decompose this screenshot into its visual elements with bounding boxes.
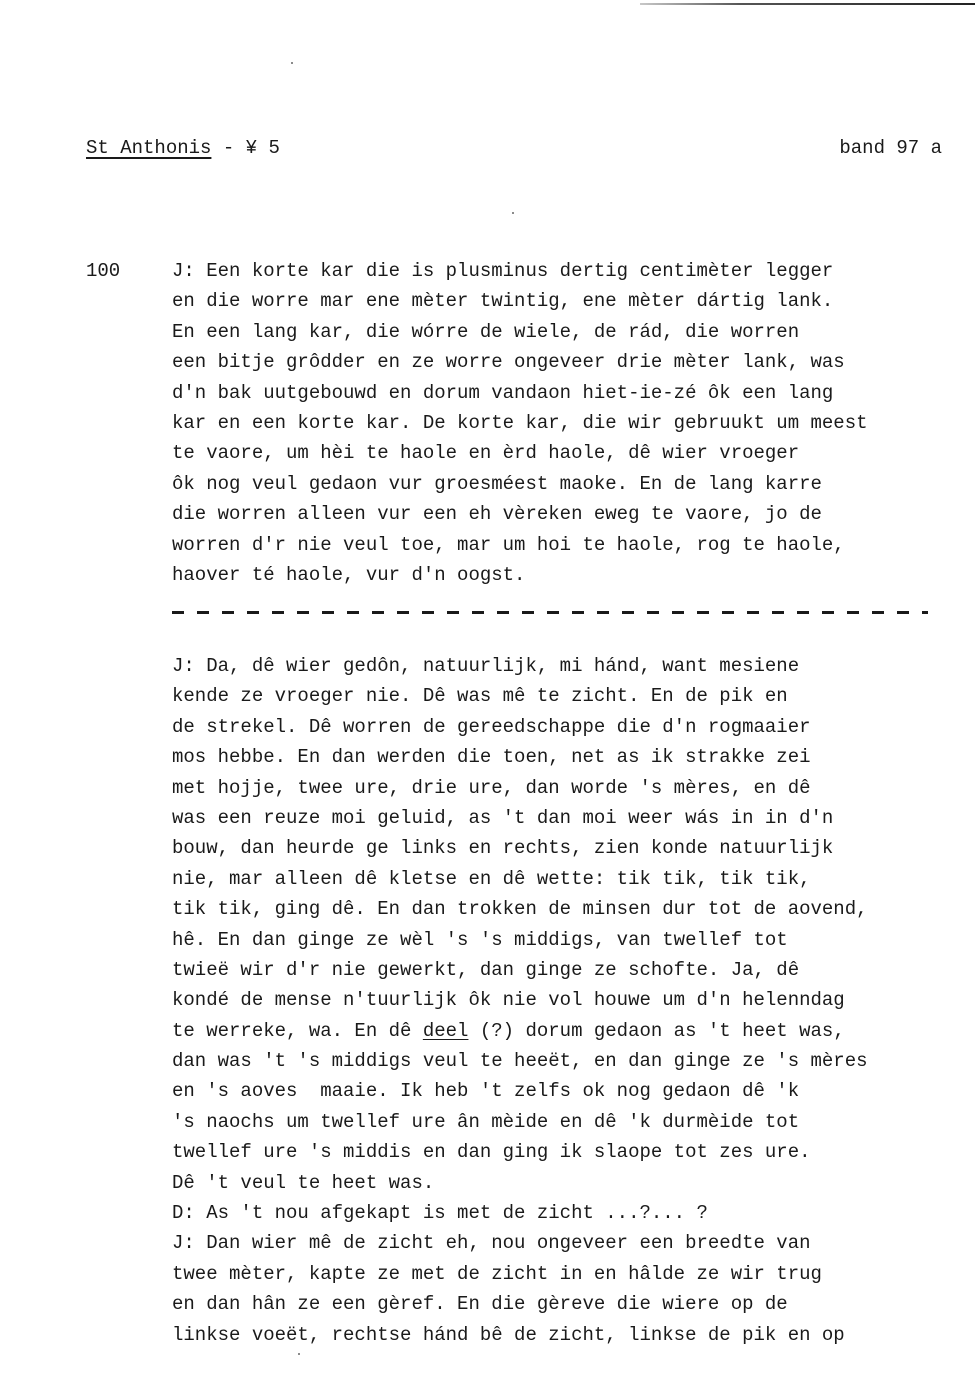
text-line: een bitje grôdder en ze worre ongeveer d… [172,347,952,377]
text-line: twellef ure 's middis en dan ging ik sla… [172,1137,952,1167]
text-line: en die worre mar ene mèter twintig, ene … [172,286,952,316]
text-line: d'n bak uutgebouwd en dorum vandaon hiet… [172,378,952,408]
header-separator: - [211,137,245,159]
text-line: kende ze vroeger nie. Dê was mê te zicht… [172,681,952,711]
text-line: tik tik, ging dê. En dan trokken de mins… [172,894,952,924]
text-line: linkse voeët, rechtse hánd bê de zicht, … [172,1320,952,1350]
text-line: 's naochs um twellef ure ân mèide en dê … [172,1107,952,1137]
text-line: en 's aoves maaie. Ik heb 't zelfs ok no… [172,1076,952,1106]
text-line: bouw, dan heurde ge links en rechts, zie… [172,833,952,863]
text-line: hê. En dan ginge ze wèl 's 's middigs, v… [172,925,952,955]
scan-speck [512,212,514,214]
text-line: dan was 't 's middigs veul te heeët, en … [172,1046,952,1076]
transcript-section-2: J: Da, dê wier gedôn, natuurlijk, mi hán… [172,651,952,1350]
text-line: J: Da, dê wier gedôn, natuurlijk, mi hán… [172,651,952,681]
scan-speck [291,62,293,64]
text-line: met hojje, twee ure, drie ure, dan worde… [172,773,952,803]
header-code: ¥ 5 [246,137,280,159]
section-divider [172,611,928,614]
text-line: En een lang kar, die wórre de wiele, de … [172,317,952,347]
text-line: D: As 't nou afgekapt is met de zicht ..… [172,1198,952,1228]
text-line: kondé de mense n'tuurlijk ôk nie vol hou… [172,985,952,1015]
transcript-section-1: J: Een korte kar die is plusminus dertig… [172,256,952,590]
text-line: die worren alleen vur een eh vèreken ewe… [172,499,952,529]
text-line: haover té haole, vur d'n oogst. [172,560,952,590]
page-header: St Anthonis - ¥ 5 band 97 a [86,134,942,162]
text-line: nie, mar alleen dê kletse en dê wette: t… [172,864,952,894]
text-line: twieë wir d'r nie gewerkt, dan ginge ze … [172,955,952,985]
text-line: kar en een korte kar. De korte kar, die … [172,408,952,438]
text-line: J: Dan wier mê de zicht eh, nou ongeveer… [172,1228,952,1258]
text-line: worren d'r nie veul toe, mar um hoi te h… [172,530,952,560]
tape-label: band 97 a [839,134,942,162]
underlined-uncertain-word: deel [423,1020,469,1042]
place-name: St Anthonis [86,137,211,159]
text-line: en dan hân ze een gèref. En die gèreve d… [172,1289,952,1319]
text-line-rest: (?) dorum gedaon as 't heet was, [468,1020,844,1042]
text-line: te vaore, um hèi te haole en èrd haole, … [172,438,952,468]
scan-top-rule [640,3,975,5]
text-line: mos hebbe. En dan werden die toen, net a… [172,742,952,772]
text-line: was een reuze moi geluid, as 't dan moi … [172,803,952,833]
scan-speck [298,1353,300,1355]
text-line-start: te werreke, wa. En dê [172,1020,423,1042]
text-line: de strekel. Dê worren de gereedschappe d… [172,712,952,742]
line-number: 100 [86,256,120,286]
text-line: J: Een korte kar die is plusminus dertig… [172,256,952,286]
text-line: Dê 't veul te heet was. [172,1168,952,1198]
text-line: te werreke, wa. En dê deel (?) dorum ged… [172,1016,952,1046]
header-location: St Anthonis - ¥ 5 [86,134,280,162]
text-line: ôk nog veul gedaon vur groesméest maoke.… [172,469,952,499]
text-line: twee mèter, kapte ze met de zicht in en … [172,1259,952,1289]
